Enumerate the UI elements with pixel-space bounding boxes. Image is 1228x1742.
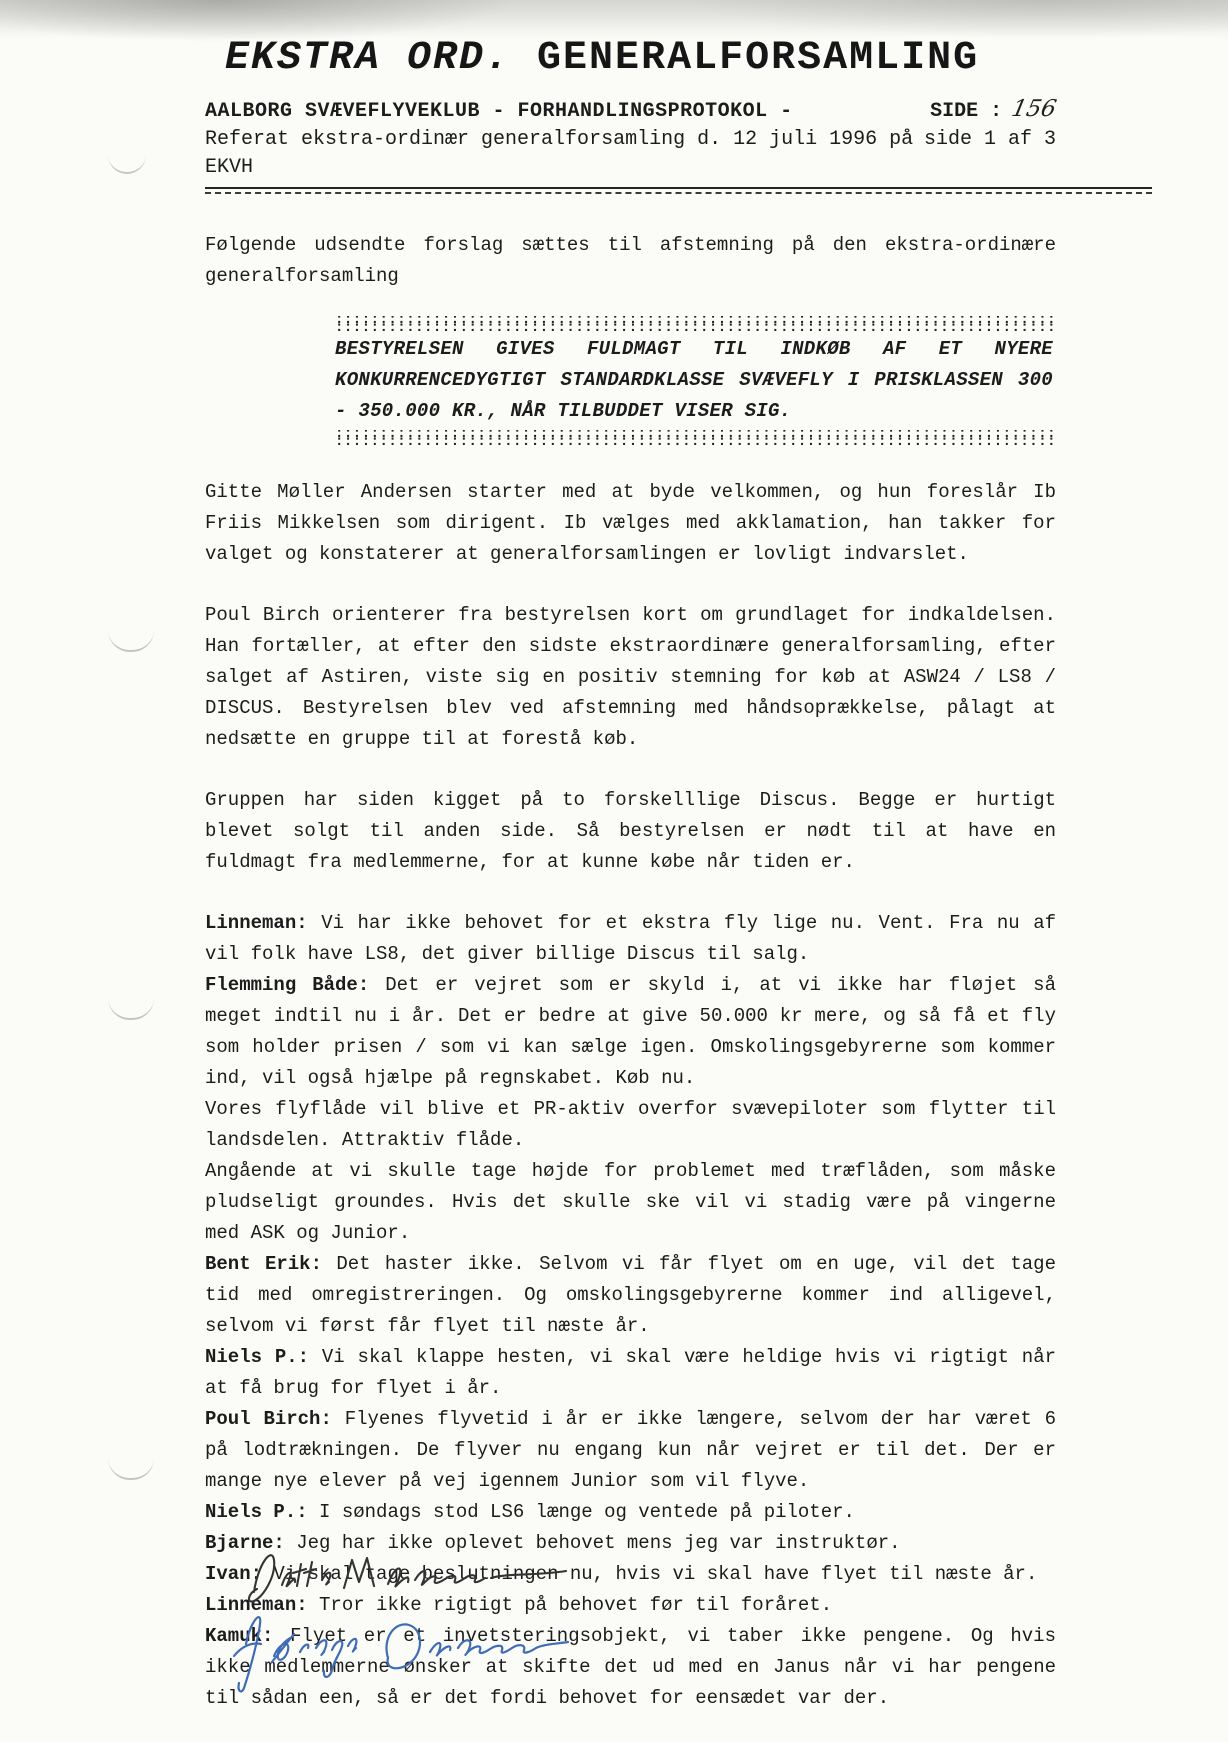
discussion-entry: Linneman:Vi har ikke behovet for et ekst… xyxy=(205,908,1056,970)
speaker-name: Bent Erik: xyxy=(205,1253,336,1275)
page-indicator: side 1 af 3 xyxy=(924,126,1056,154)
paragraph-background: Poul Birch orienterer fra bestyrelsen ko… xyxy=(205,600,1056,755)
paragraph-welcome: Gitte Møller Andersen starter med at byd… xyxy=(205,477,1056,570)
proposal-box: ::::::::::::::::::::::::::::::::::::::::… xyxy=(335,316,1053,447)
speaker-name: Niels P.: xyxy=(205,1501,319,1523)
speaker-statement: I søndags stod LS6 længe og ventede på p… xyxy=(319,1501,855,1523)
punch-hole-mark xyxy=(108,1458,154,1480)
speaker-statement: Vi har ikke behovet for et ekstra fly li… xyxy=(205,912,1056,965)
discussion-entry: Niels P.:I søndags stod LS6 længe og ven… xyxy=(205,1497,1056,1528)
header-rule xyxy=(205,187,1152,194)
paragraph-group: Gruppen har siden kigget på to forskelll… xyxy=(205,785,1056,878)
speaker-name: Niels P.: xyxy=(205,1346,322,1368)
discussion-entry: Poul Birch:Flyenes flyvetid i år er ikke… xyxy=(205,1404,1056,1497)
side-number-cell: SIDE :156 xyxy=(930,95,1056,126)
punch-hole-mark xyxy=(108,152,146,174)
proposal-text: BESTYRELSEN GIVES FULDMAGT TIL INDKØB AF… xyxy=(335,333,1053,430)
signature-jorgen-thogersen xyxy=(232,1596,572,1700)
speaker-name: Linneman: xyxy=(205,912,321,934)
speaker-statement: Vi skal klappe hesten, vi skal være held… xyxy=(205,1346,1056,1399)
proposal-border-top: ::::::::::::::::::::::::::::::::::::::::… xyxy=(335,316,1053,333)
speaker-statement: Angående at vi skulle tage højde for pro… xyxy=(205,1160,1056,1244)
handwritten-page-number: 156 xyxy=(1009,95,1059,123)
punch-hole-mark xyxy=(108,630,154,652)
side-label: SIDE : xyxy=(930,100,1002,123)
page-title-rest-part: GENERALFORSAMLING xyxy=(537,36,979,81)
intro-paragraph: Følgende udsendte forslag sættes til afs… xyxy=(205,230,1056,292)
page-title-italic-part: EKSTRA ORD. xyxy=(225,36,511,81)
referat-line: Referat ekstra-ordinær generalforsamling… xyxy=(205,126,924,182)
speaker-name: Flemming Både: xyxy=(205,974,385,996)
speaker-statement: Vores flyflåde vil blive et PR-aktiv ove… xyxy=(205,1098,1056,1151)
discussion-entry: Flemming Både:Det er vejret som er skyld… xyxy=(205,970,1056,1094)
document-header: AALBORG SVÆVEFLYVEKLUB - FORHANDLINGSPRO… xyxy=(205,95,1056,194)
signature-block xyxy=(238,1532,658,1700)
discussion-entry: Bent Erik:Det haster ikke. Selvom vi får… xyxy=(205,1249,1056,1342)
discussion-entry: Angående at vi skulle tage højde for pro… xyxy=(205,1156,1056,1249)
discussion-entry: Niels P.:Vi skal klappe hesten, vi skal … xyxy=(205,1342,1056,1404)
punch-hole-mark xyxy=(108,998,154,1020)
discussion-entry: Vores flyflåde vil blive et PR-aktiv ove… xyxy=(205,1094,1056,1156)
proposal-border-bottom: ::::::::::::::::::::::::::::::::::::::::… xyxy=(335,430,1053,447)
speaker-name: Poul Birch: xyxy=(205,1408,345,1430)
page-title: EKSTRA ORD.GENERALFORSAMLING xyxy=(225,36,1056,81)
organization-line: AALBORG SVÆVEFLYVEKLUB - FORHANDLINGSPRO… xyxy=(205,98,793,126)
